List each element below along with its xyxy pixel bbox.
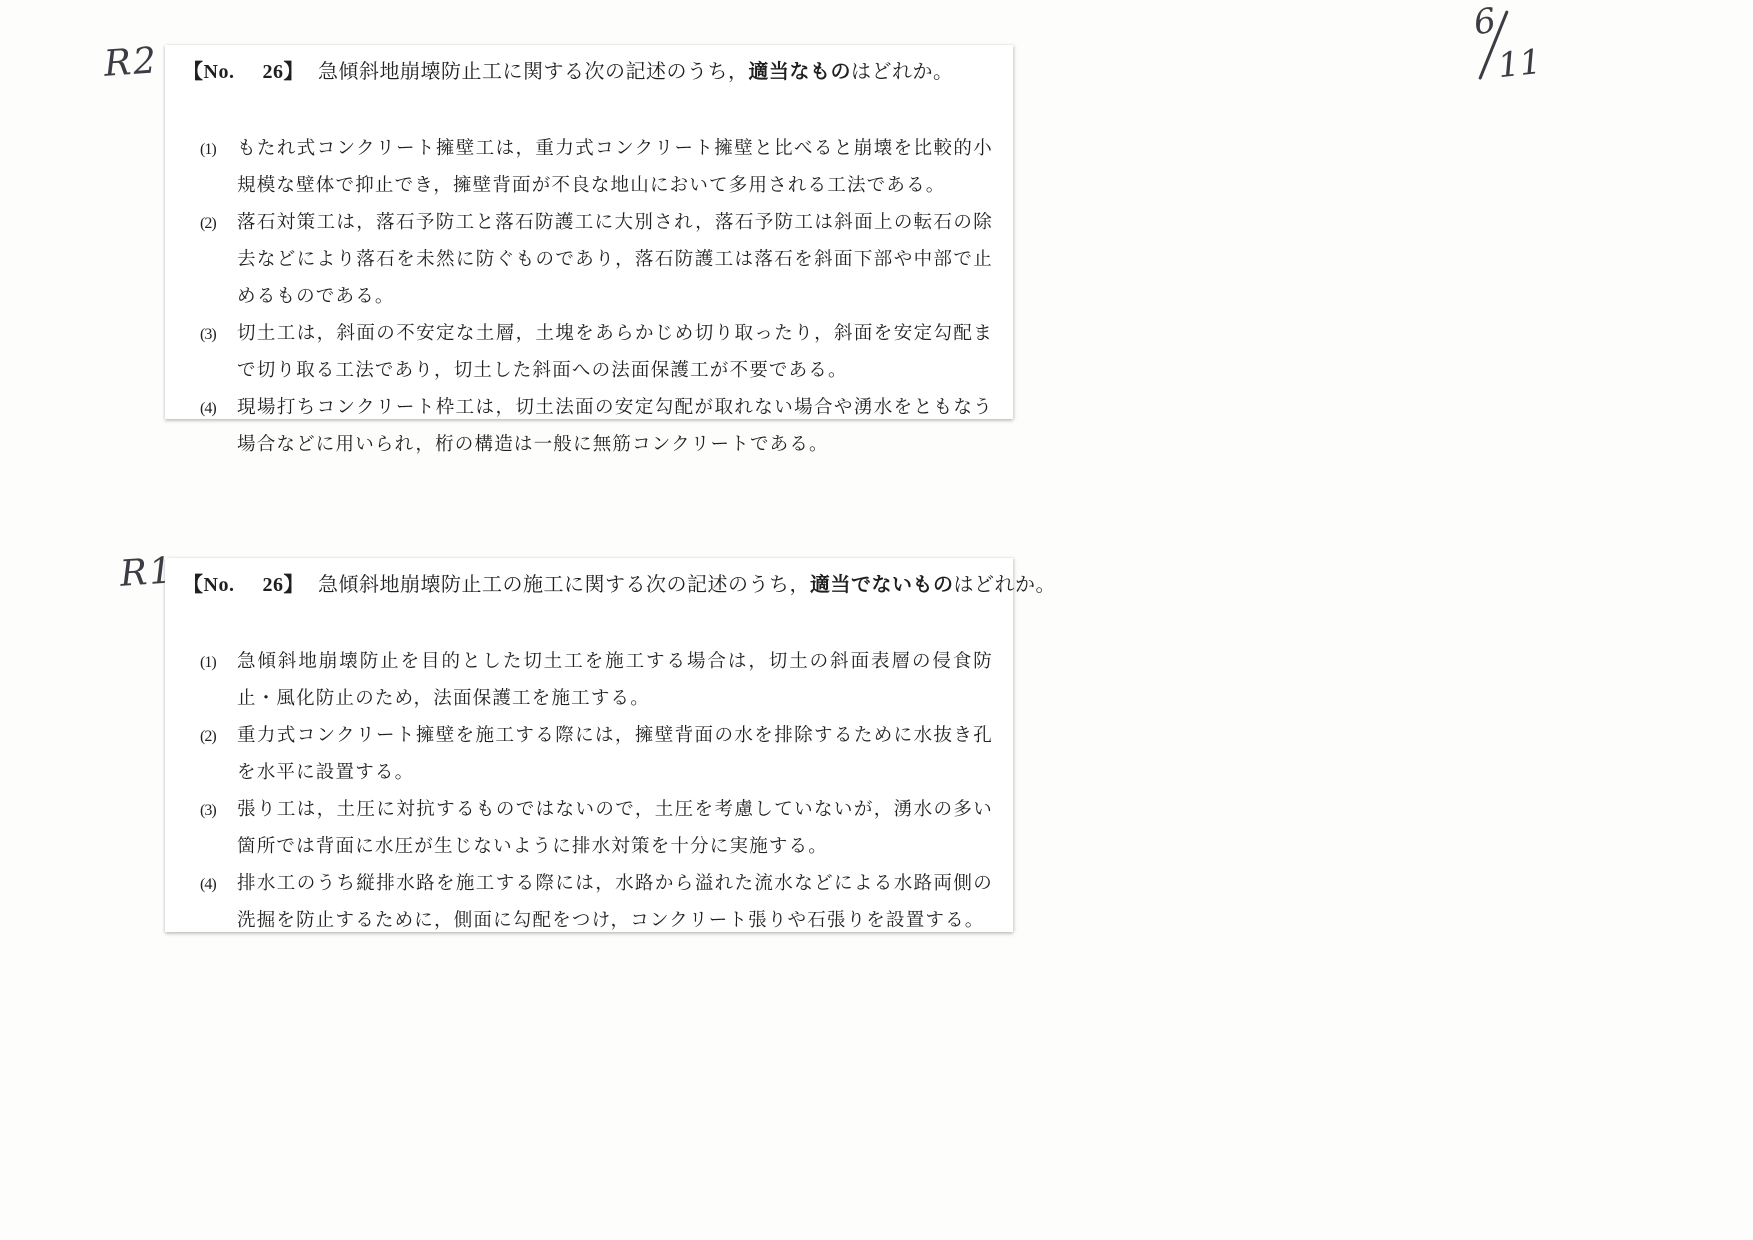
question-header: 【No.26】急傾斜地崩壊防止工に関する次の記述のうち，適当なものはどれか。: [183, 57, 993, 87]
no-label: 【No.: [183, 574, 234, 596]
option-1: (1) 急傾斜地崩壊防止を目的とした切土工を施工する場合は，切土の斜面表層の侵食…: [183, 644, 993, 718]
question-block-r2: 【No.26】急傾斜地崩壊防止工に関する次の記述のうち，適当なものはどれか。 (…: [165, 45, 1013, 419]
option-text: 切土工は，斜面の不安定な土層，土塊をあらかじめ切り取ったり，斜面を安定勾配まで切…: [237, 316, 993, 390]
option-text: 張り工は，土圧に対抗するものではないので，土圧を考慮していないが，湧水の多い箇所…: [237, 792, 993, 866]
option-text: 急傾斜地崩壊防止を目的とした切土工を施工する場合は，切土の斜面表層の侵食防止・風…: [237, 644, 993, 718]
question-tail-text: はどれか。: [953, 574, 1056, 596]
option-number: (4): [200, 866, 237, 903]
question-emphasis-text: 適当なもの: [748, 61, 851, 83]
option-3: (3) 張り工は，土圧に対抗するものではないので，土圧を考慮していないが，湧水の…: [183, 792, 993, 866]
option-4: (4) 排水工のうち縦排水路を施工する際には，水路から溢れた流水などによる水路両…: [183, 866, 993, 940]
question-number: 【No.26】: [183, 61, 304, 83]
option-text: 現場打ちコンクリート枠工は，切土法面の安定勾配が取れない場合や湧水をともなう場合…: [237, 390, 993, 464]
option-4: (4) 現場打ちコンクリート枠工は，切土法面の安定勾配が取れない場合や湧水をとも…: [183, 390, 993, 464]
option-1: (1) もたれ式コンクリート擁壁工は，重力式コンクリート擁壁と比べると崩壊を比較…: [183, 131, 993, 205]
option-text: 排水工のうち縦排水路を施工する際には，水路から溢れた流水などによる水路両側の洗掘…: [237, 866, 993, 940]
option-number: (3): [200, 316, 237, 353]
page-number-handwritten: 6 11: [1462, 2, 1542, 92]
question-block-r1: 【No.26】急傾斜地崩壊防止工の施工に関する次の記述のうち，適当でないものはど…: [165, 558, 1013, 932]
option-number: (1): [200, 644, 237, 681]
year-mark-r2: R2: [103, 40, 160, 85]
option-text: もたれ式コンクリート擁壁工は，重力式コンクリート擁壁と比べると崩壊を比較的小規模…: [237, 131, 993, 205]
no-value: 26】: [262, 61, 304, 83]
option-2: (2) 落石対策工は，落石予防工と落石防護工に大別され，落石予防工は斜面上の転石…: [183, 205, 993, 316]
option-number: (4): [200, 390, 237, 427]
option-3: (3) 切土工は，斜面の不安定な土層，土塊をあらかじめ切り取ったり，斜面を安定勾…: [183, 316, 993, 390]
no-label: 【No.: [183, 61, 234, 83]
option-2: (2) 重力式コンクリート擁壁を施工する際には，擁壁背面の水を排除するために水抜…: [183, 718, 993, 792]
option-number: (3): [200, 792, 237, 829]
page-number-denominator: 11: [1496, 42, 1543, 86]
question-lead-text: 急傾斜地崩壊防止工の施工に関する次の記述のうち，: [318, 574, 810, 596]
question-emphasis-text: 適当でないもの: [810, 574, 954, 596]
no-value: 26】: [262, 574, 304, 596]
option-number: (2): [200, 718, 237, 755]
option-text: 重力式コンクリート擁壁を施工する際には，擁壁背面の水を排除するために水抜き孔を水…: [237, 718, 993, 792]
question-tail-text: はどれか。: [851, 61, 954, 83]
question-lead-text: 急傾斜地崩壊防止工に関する次の記述のうち，: [318, 61, 749, 83]
scanned-exam-page: 6 11 R2 R1 【No.26】急傾斜地崩壊防止工に関する次の記述のうち，適…: [0, 0, 1753, 1240]
question-header: 【No.26】急傾斜地崩壊防止工の施工に関する次の記述のうち，適当でないものはど…: [183, 570, 993, 600]
option-number: (2): [200, 205, 237, 242]
option-number: (1): [200, 131, 237, 168]
option-text: 落石対策工は，落石予防工と落石防護工に大別され，落石予防工は斜面上の転石の除去な…: [237, 205, 993, 316]
question-number: 【No.26】: [183, 574, 304, 596]
